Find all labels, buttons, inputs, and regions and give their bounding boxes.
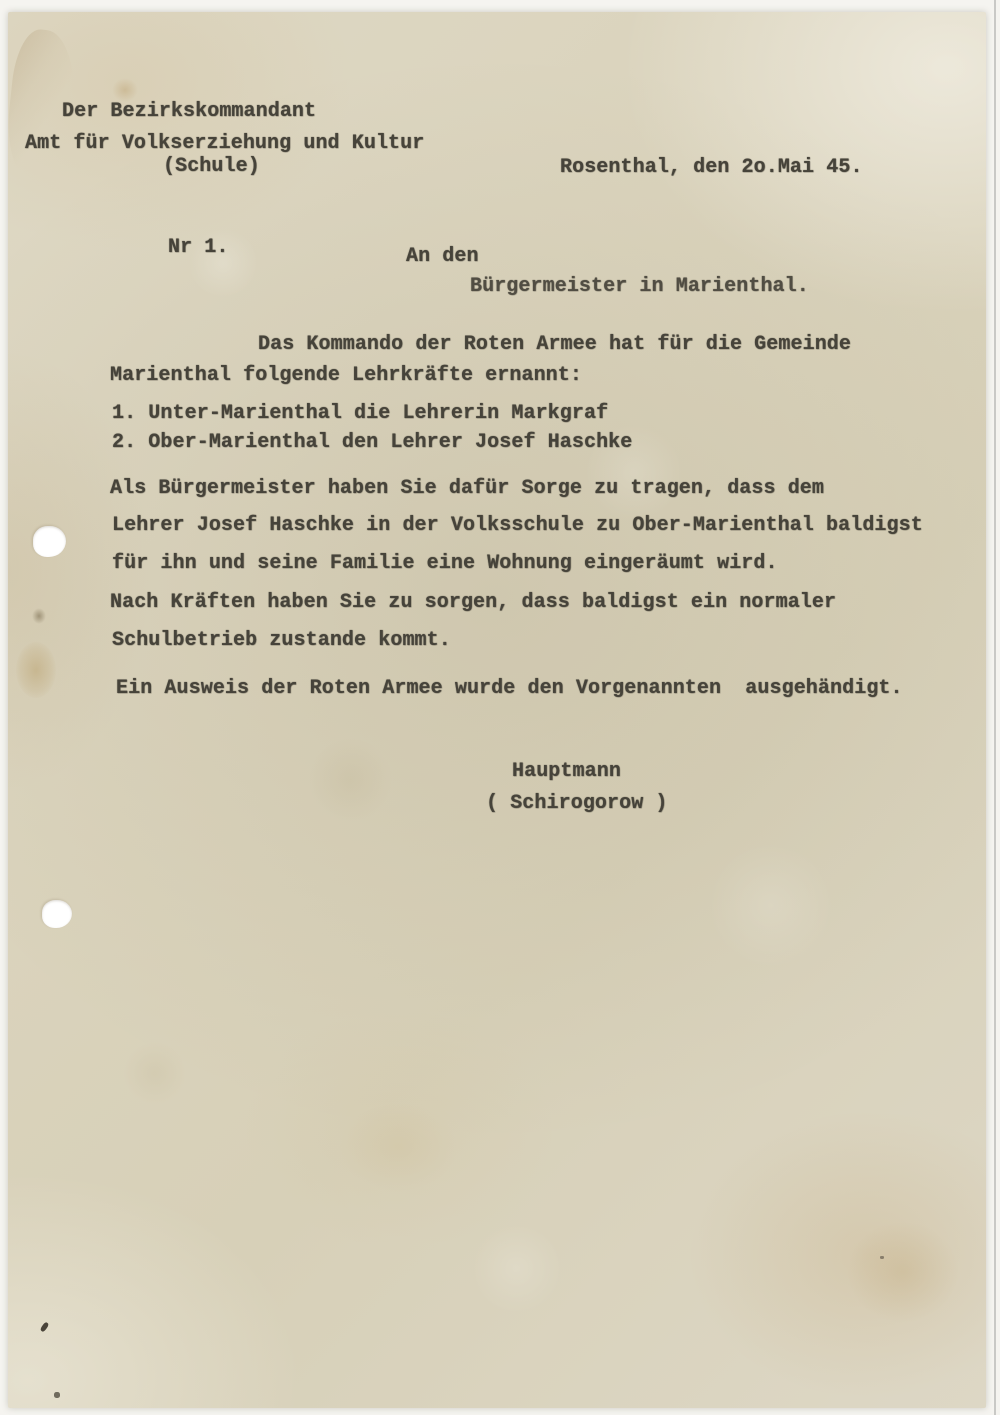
body-para2-line1: Als Bürgermeister haben Sie dafür Sorge … <box>110 477 824 501</box>
reference-number: Nr 1. <box>168 236 229 260</box>
recipient-line-1: An den <box>406 245 479 269</box>
body-para2-line2: Lehrer Josef Haschke in der Volksschule … <box>112 514 923 538</box>
dateline: Rosenthal, den 2o.Mai 45. <box>560 156 863 180</box>
signature-rank: Hauptmann <box>512 760 621 784</box>
paper-speck <box>54 1392 60 1398</box>
scan-edge-line <box>994 0 996 1415</box>
recipient-line-2: Bürgermeister in Marienthal. <box>470 275 809 299</box>
paper-stain <box>16 642 56 698</box>
list-item-2: 2. Ober-Marienthal den Lehrer Josef Hasc… <box>112 431 632 455</box>
sender-line-2: Amt für Volkserziehung und Kultur <box>25 132 424 156</box>
paper-stain <box>112 78 138 102</box>
paper-stain <box>32 608 46 624</box>
body-para3-line2: Schulbetrieb zustande kommt. <box>112 629 451 653</box>
sender-line-1: Der Bezirkskommandant <box>62 100 316 124</box>
paper-speck <box>40 1321 50 1332</box>
paper-stain <box>848 1222 958 1322</box>
paper-stain <box>338 1102 458 1192</box>
body-para1-line2: Marienthal folgende Lehrkräfte ernannt: <box>110 364 582 388</box>
paper-speck <box>880 1256 884 1259</box>
signature-name: ( Schirogorow ) <box>486 792 668 816</box>
sender-line-3: (Schule) <box>163 155 260 179</box>
list-item-1: 1. Unter-Marienthal die Lehrerin Markgra… <box>112 402 608 426</box>
letter-paper <box>8 12 986 1408</box>
body-para1-line1: Das Kommando der Roten Armee hat für die… <box>258 333 851 357</box>
body-para4: Ein Ausweis der Roten Armee wurde den Vo… <box>116 677 903 701</box>
body-para2-line3: für ihn und seine Familie eine Wohnung e… <box>112 552 778 576</box>
body-para3-line1: Nach Kräften haben Sie zu sorgen, dass b… <box>110 591 836 615</box>
